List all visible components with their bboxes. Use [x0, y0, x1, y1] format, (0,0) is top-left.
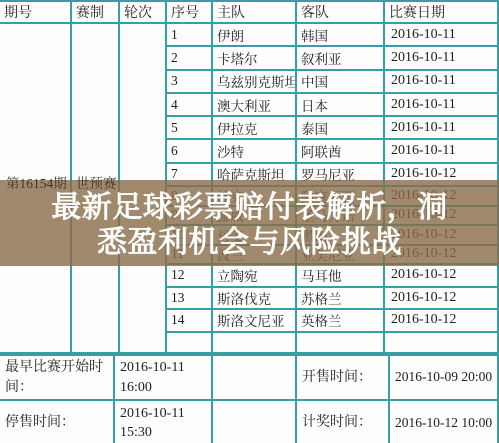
away-team-cell: 苏格兰 [297, 288, 385, 311]
home-team-cell: 伊拉克 [213, 117, 297, 140]
col-header-period: 期号 [0, 2, 72, 24]
col-header-round: 轮次 [120, 2, 167, 24]
watermark-title-line2: 悉盈利机会与风险挑战 [97, 225, 402, 260]
match-date-cell: 2016-10-11 [385, 47, 499, 70]
watermark-overlay: 最新足球彩票赔付表解析，洞 悉盈利机会与风险挑战 [0, 180, 499, 266]
serial-cell: 14 [167, 310, 213, 333]
format-label: 世预赛 [76, 172, 117, 192]
serial-cell: 12 [167, 265, 213, 288]
away-team-cell: 中国 [297, 71, 385, 94]
match-date-cell: 2016-10-11 [385, 24, 499, 47]
lottery-schedule-screen: 期号 赛制 轮次 序号 主队 客队 比赛日期 1伊朗韩国2016-10-112卡… [0, 0, 499, 443]
prize-calc-label: 计奖时间： [297, 401, 390, 443]
empty-cell [167, 333, 213, 354]
match-date-cell: 2016-10-11 [385, 117, 499, 140]
col-header-away: 客队 [297, 2, 385, 24]
col-header-date: 比赛日期 [385, 2, 499, 24]
serial-cell: 1 [167, 24, 213, 47]
home-team-cell: 立陶宛 [213, 265, 297, 288]
home-team-cell: 斯洛文尼亚 [213, 310, 297, 333]
serial-cell: 4 [167, 94, 213, 117]
home-team-cell: 乌兹别克斯坦 [213, 71, 297, 94]
watermark-title-line1: 最新足球彩票赔付表解析，洞 [51, 190, 448, 225]
away-team-cell: 日本 [297, 94, 385, 117]
footer-spacer-cell [213, 356, 297, 402]
match-date-cell: 2016-10-11 [385, 140, 499, 163]
match-date-cell: 2016-10-12 [385, 288, 499, 311]
empty-cell [385, 333, 499, 354]
serial-cell: 3 [167, 71, 213, 94]
match-table: 期号 赛制 轮次 序号 主队 客队 比赛日期 1伊朗韩国2016-10-112卡… [0, 0, 499, 354]
home-team-cell: 澳大利亚 [213, 94, 297, 117]
col-header-home: 主队 [213, 2, 297, 24]
period-label: 第16154期 [6, 172, 67, 192]
away-team-cell: 泰国 [297, 117, 385, 140]
home-team-cell: 卡塔尔 [213, 47, 297, 70]
serial-cell: 6 [167, 140, 213, 163]
empty-cell [297, 333, 385, 354]
away-team-cell: 韩国 [297, 24, 385, 47]
away-team-cell: 马耳他 [297, 265, 385, 288]
sale-stop-value: 2016-10-11 15:30 [115, 401, 213, 443]
earliest-start-label: 最早比赛开始时间： [0, 356, 115, 402]
empty-cell [213, 333, 297, 354]
col-header-format: 赛制 [72, 2, 120, 24]
home-team-cell: 斯洛伐克 [213, 288, 297, 311]
match-date-cell: 2016-10-11 [385, 71, 499, 94]
home-team-cell: 伊朗 [213, 24, 297, 47]
sale-stop-label: 停售时间： [0, 401, 115, 443]
serial-cell: 13 [167, 288, 213, 311]
match-date-cell: 2016-10-12 [385, 310, 499, 333]
serial-cell: 2 [167, 47, 213, 70]
home-team-cell: 沙特 [213, 140, 297, 163]
away-team-cell: 叙利亚 [297, 47, 385, 70]
match-date-cell: 2016-10-11 [385, 94, 499, 117]
away-team-cell: 阿联酋 [297, 140, 385, 163]
sale-open-value: 2016-10-09 20:00 [390, 356, 499, 402]
col-header-serial: 序号 [167, 2, 213, 24]
earliest-start-value: 2016-10-11 16:00 [115, 356, 213, 402]
match-date-cell: 2016-10-12 [385, 265, 499, 288]
footer-spacer-cell [213, 401, 297, 443]
serial-cell: 5 [167, 117, 213, 140]
away-team-cell: 英格兰 [297, 310, 385, 333]
sale-open-label: 开售时间： [297, 356, 390, 402]
prize-calc-value: 2016-10-12 10:00 [390, 401, 499, 443]
footer-grid: 最早比赛开始时间： 2016-10-11 16:00 开售时间： 2016-10… [0, 354, 499, 443]
